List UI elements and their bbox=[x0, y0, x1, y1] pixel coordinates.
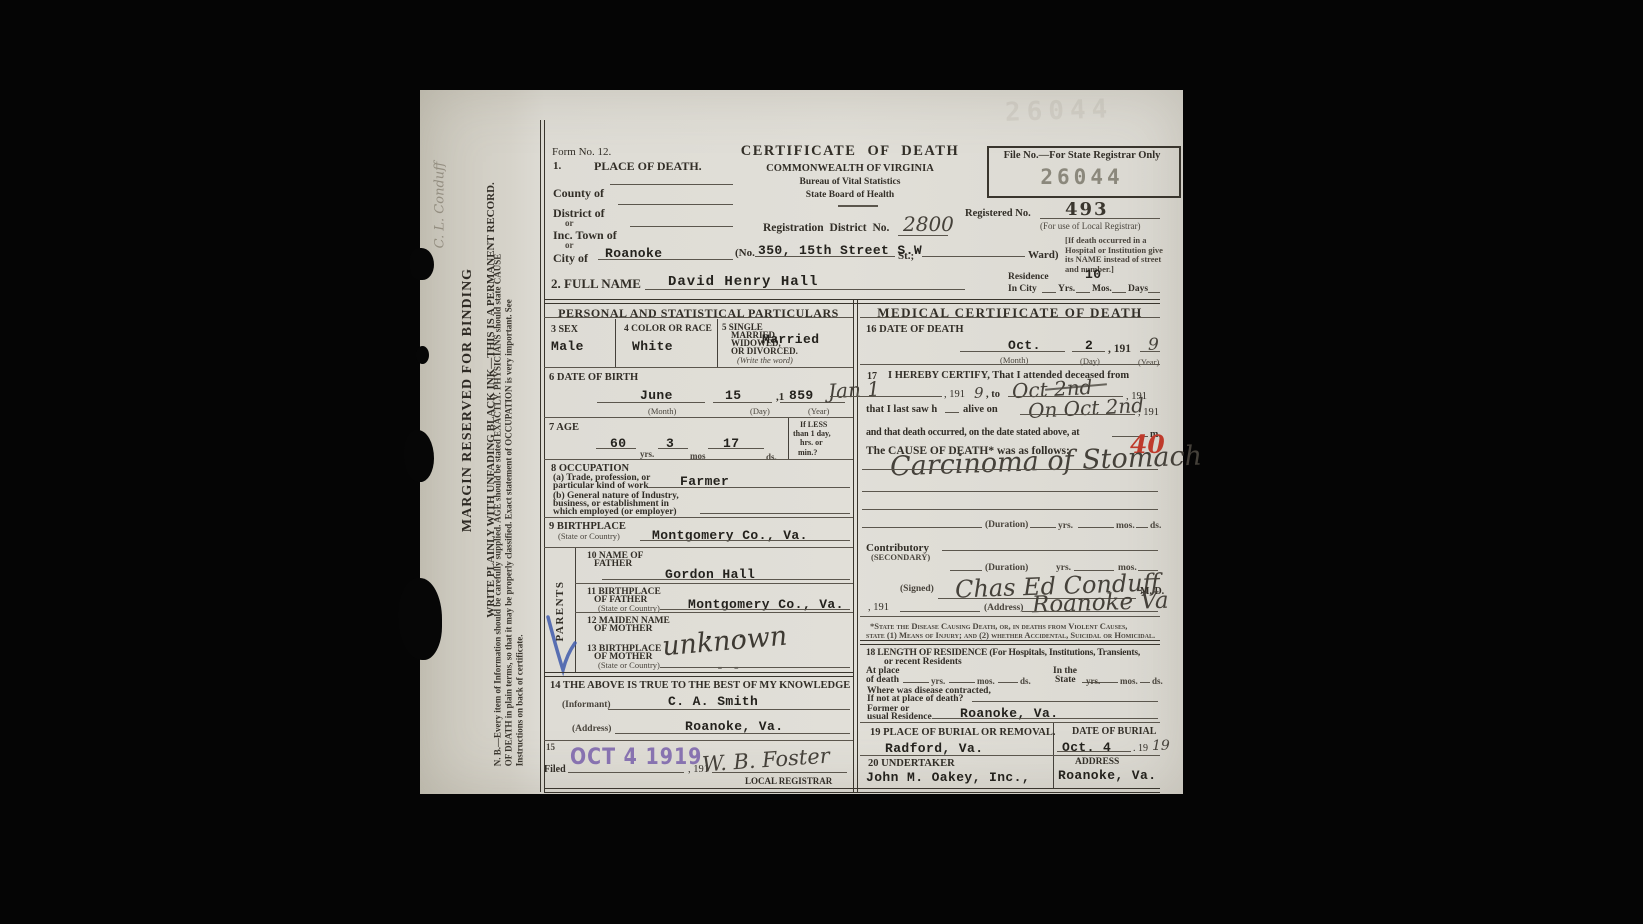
hospital-note: [If death occurred in a Hospital or Inst… bbox=[1065, 236, 1165, 274]
place-of-burial-value: Radford, Va. bbox=[885, 741, 983, 756]
nb-line: Instructions on back of certificate. bbox=[515, 254, 526, 767]
in-the-state-label: State bbox=[1055, 675, 1076, 685]
burial-year-print: . 19 bbox=[1133, 743, 1148, 754]
torn-edge bbox=[416, 346, 429, 364]
last-saw-year-print: , 191 bbox=[1138, 407, 1159, 418]
mos-caption: mos. bbox=[977, 676, 995, 686]
form-left-border bbox=[540, 120, 545, 792]
color-race-label: 4 COLOR OR RACE bbox=[624, 324, 712, 334]
disease-contracted-label: If not at place of death? bbox=[867, 694, 963, 704]
last-saw-text: that I last saw h bbox=[866, 404, 937, 415]
registered-no-label: Registered No. bbox=[965, 208, 1031, 219]
rule bbox=[645, 289, 965, 290]
rule bbox=[1136, 527, 1148, 528]
rule bbox=[575, 583, 853, 584]
margin-binding-text: MARGIN RESERVED FOR BINDING bbox=[460, 268, 476, 532]
occupation-a-label: particular kind of work bbox=[553, 481, 649, 491]
rule bbox=[862, 527, 982, 528]
rule bbox=[898, 235, 948, 236]
undertaker-address-value: Roanoke, Va. bbox=[1058, 768, 1156, 783]
residence-years-value: 10 bbox=[1085, 267, 1101, 282]
year-caption: (Year) bbox=[808, 406, 829, 416]
in-city-label: In City bbox=[1008, 284, 1037, 294]
marital-value: Married bbox=[762, 332, 819, 347]
rule bbox=[860, 616, 1160, 617]
st-label: St.; bbox=[898, 250, 914, 262]
address-caption: (Address) bbox=[984, 603, 1023, 613]
if-less-label: If LESS bbox=[800, 420, 827, 429]
yrs-caption: yrs. bbox=[640, 449, 654, 459]
medical-section-title: MEDICAL CERTIFICATE OF DEATH bbox=[860, 305, 1160, 321]
for-use-caption: (For use of Local Registrar) bbox=[1040, 221, 1140, 231]
rule bbox=[960, 351, 1065, 352]
state-country-caption: (State or Country) bbox=[558, 531, 620, 541]
checkmark-stroke bbox=[548, 617, 575, 670]
rule bbox=[618, 204, 733, 205]
rule bbox=[1104, 682, 1118, 683]
rule bbox=[942, 550, 1158, 551]
rule bbox=[862, 509, 1158, 510]
rule bbox=[1020, 414, 1135, 415]
registration-district-value: 2800 bbox=[903, 212, 954, 236]
ghost-stamp: 26044 bbox=[1005, 94, 1114, 128]
rule bbox=[900, 611, 980, 612]
occupation-b-label: which employed (or employer) bbox=[553, 507, 677, 517]
signed-caption: (Signed) bbox=[900, 584, 934, 594]
yrs-caption: yrs. bbox=[931, 676, 945, 686]
days-label: Days bbox=[1128, 284, 1148, 294]
rule bbox=[544, 672, 853, 677]
from-year-value: 9 bbox=[974, 384, 984, 402]
address-caption: (Address) bbox=[572, 724, 611, 734]
yrs-caption: yrs. bbox=[1058, 521, 1073, 531]
file-no-label: File No.—For State Registrar Only bbox=[989, 150, 1175, 161]
informant-value: C. A. Smith bbox=[668, 694, 758, 709]
torn-edge bbox=[398, 578, 442, 660]
day-caption: (Day) bbox=[750, 406, 770, 416]
ds-caption: ds. bbox=[766, 452, 777, 462]
rule bbox=[1030, 527, 1056, 528]
rule bbox=[544, 417, 853, 418]
date-of-death-label: 16 DATE OF DEATH bbox=[866, 324, 964, 335]
bureau-label: Bureau of Vital Statistics bbox=[740, 177, 960, 187]
rule bbox=[949, 682, 975, 683]
rule bbox=[544, 459, 853, 460]
rule bbox=[658, 448, 688, 449]
margin-pencil-note: C. L. Conduff bbox=[433, 162, 448, 249]
rule bbox=[1022, 611, 1158, 612]
rule bbox=[903, 682, 929, 683]
rule bbox=[1140, 351, 1160, 352]
rule bbox=[596, 448, 636, 449]
ds-caption: ds. bbox=[1150, 521, 1161, 531]
rule bbox=[630, 226, 733, 227]
rule bbox=[838, 205, 878, 207]
rule bbox=[544, 740, 853, 741]
mos-caption: mos. bbox=[1116, 521, 1135, 531]
margin-nb-note: N. B.—Every item of Information should b… bbox=[493, 254, 526, 767]
rule bbox=[544, 547, 853, 548]
or-label: or bbox=[565, 218, 574, 228]
city-label: City of bbox=[553, 251, 588, 266]
mos-caption: mos. bbox=[1120, 676, 1138, 686]
rule bbox=[648, 487, 850, 488]
mother-maiden-label: OF MOTHER bbox=[594, 624, 653, 634]
rule bbox=[700, 513, 850, 514]
rule bbox=[713, 402, 772, 403]
rule bbox=[862, 491, 1158, 492]
no-paren-label: (No. bbox=[735, 247, 755, 259]
rule bbox=[950, 570, 982, 571]
column-divider bbox=[853, 299, 858, 792]
form-number: Form No. 12. bbox=[552, 146, 611, 158]
rule bbox=[575, 612, 853, 613]
rule bbox=[610, 184, 733, 185]
rule bbox=[640, 540, 850, 541]
signed-year-print: , 191 bbox=[868, 602, 889, 613]
full-name-value: David Henry Hall bbox=[668, 274, 818, 290]
torn-edge bbox=[410, 248, 434, 280]
duration-caption: (Duration) bbox=[985, 520, 1028, 530]
year-caption: (Year) bbox=[1138, 357, 1159, 367]
state-country-caption: (State or Country) bbox=[598, 660, 660, 670]
rule bbox=[860, 317, 1160, 318]
registration-district-label: Registration District No. bbox=[763, 222, 889, 234]
rule bbox=[660, 667, 850, 668]
certify-text: I HEREBY CERTIFY, That I attended deceas… bbox=[888, 370, 1129, 381]
duration-caption: (Duration) bbox=[985, 563, 1028, 573]
rule bbox=[1076, 292, 1090, 293]
rule bbox=[712, 772, 847, 773]
rule bbox=[972, 701, 1158, 702]
rule bbox=[660, 609, 850, 610]
rule bbox=[1140, 682, 1150, 683]
former-residence-label: usual Residence bbox=[867, 712, 932, 722]
if-less-label: hrs. or bbox=[800, 438, 823, 447]
at-place-label: of death bbox=[866, 675, 899, 685]
nb-line: N. B.—Every item of Information should b… bbox=[493, 254, 504, 767]
physician-address: Roanoke Va bbox=[1032, 588, 1169, 619]
registered-no-value: 493 bbox=[1065, 199, 1109, 220]
rule bbox=[608, 709, 850, 710]
burial-year-value: 19 bbox=[1152, 738, 1170, 754]
footnote: state (1) Means of Injury; and (2) wheth… bbox=[866, 630, 1155, 640]
informant-address-value: Roanoke, Va. bbox=[685, 719, 783, 734]
month-caption: (Month) bbox=[648, 406, 676, 416]
rule bbox=[544, 517, 853, 518]
rule bbox=[717, 319, 718, 368]
undertaker-label: 20 UNDERTAKER bbox=[868, 758, 955, 769]
rule bbox=[998, 682, 1018, 683]
rule bbox=[615, 733, 850, 734]
rule bbox=[1042, 292, 1056, 293]
rule bbox=[1057, 751, 1131, 752]
father-name-label: FATHER bbox=[594, 559, 632, 569]
if-less-label: min.? bbox=[798, 448, 817, 457]
attended-from-value: Jan 1 bbox=[827, 377, 880, 404]
filed-label: Filed bbox=[544, 764, 566, 775]
death-year-value: 9 bbox=[1148, 335, 1159, 355]
county-label: County of bbox=[553, 186, 604, 201]
yrs-label: Yrs. bbox=[1058, 284, 1075, 294]
commonwealth-label: COMMONWEALTH OF VIRGINIA bbox=[740, 163, 960, 174]
secondary-caption: (SECONDARY) bbox=[871, 552, 930, 562]
rule bbox=[1112, 292, 1126, 293]
rule bbox=[830, 396, 942, 397]
place-of-death-label: PLACE OF DEATH. bbox=[594, 159, 702, 174]
or-label: or bbox=[565, 240, 574, 250]
rule bbox=[544, 367, 853, 368]
rule bbox=[1078, 527, 1114, 528]
undertaker-value: John M. Oakey, Inc., bbox=[866, 770, 1030, 785]
rule bbox=[602, 579, 850, 580]
form-bottom-border bbox=[544, 788, 1160, 793]
attest-label: 14 THE ABOVE IS TRUE TO THE BEST OF MY K… bbox=[550, 680, 850, 691]
rule bbox=[615, 319, 616, 368]
rule bbox=[598, 259, 733, 260]
filed-date-stamp: OCT 4 1919 bbox=[570, 744, 702, 769]
age-label: 7 AGE bbox=[549, 422, 579, 433]
dob-year-value: 859 bbox=[789, 388, 814, 403]
dob-day-value: 15 bbox=[725, 388, 741, 403]
place-of-burial-label: 19 PLACE OF BURIAL OR REMOVAL. bbox=[870, 727, 1056, 738]
full-name-label: 2. FULL NAME bbox=[551, 276, 641, 292]
scanned-death-certificate: 26044 C. L. Conduff MARGIN RESERVED FOR … bbox=[0, 0, 1643, 924]
item-1: 1. bbox=[553, 160, 561, 172]
rule bbox=[788, 418, 789, 460]
item-15: 15 bbox=[546, 742, 555, 752]
rule bbox=[922, 256, 1025, 257]
sex-label: 3 SEX bbox=[551, 324, 578, 335]
rule bbox=[945, 412, 959, 413]
rule bbox=[544, 317, 853, 318]
date-of-burial-label: DATE OF BURIAL bbox=[1072, 726, 1156, 737]
undertaker-address-label: ADDRESS bbox=[1075, 757, 1119, 767]
nb-line: OF DEATH in plain terms, so that it may … bbox=[504, 254, 515, 767]
sex-value: Male bbox=[551, 339, 584, 354]
district-label: District of bbox=[553, 206, 605, 221]
rule bbox=[544, 299, 1160, 304]
rule bbox=[597, 402, 705, 403]
yrs-caption: yrs. bbox=[1086, 676, 1100, 686]
ward-label: Ward) bbox=[1028, 249, 1059, 261]
rule bbox=[755, 256, 895, 257]
informant-caption: (Informant) bbox=[562, 700, 611, 710]
rule bbox=[862, 469, 1158, 470]
alive-on-text: alive on bbox=[963, 404, 998, 415]
file-no-value: 26044 bbox=[989, 165, 1175, 189]
rule bbox=[1148, 292, 1160, 293]
rule bbox=[860, 755, 1160, 756]
rule bbox=[708, 448, 764, 449]
write-the-word-caption: (Write the word) bbox=[737, 355, 793, 365]
certificate-title: CERTIFICATE OF DEATH bbox=[740, 143, 960, 160]
from-year-print: , 191 bbox=[944, 389, 965, 400]
rule bbox=[860, 640, 1160, 645]
rule bbox=[1040, 218, 1160, 219]
mos-label: Mos. bbox=[1092, 284, 1112, 294]
if-less-label: than 1 day, bbox=[793, 429, 831, 438]
death-year-print: , 191 bbox=[1108, 343, 1131, 355]
color-race-value: White bbox=[632, 339, 673, 354]
rule bbox=[1072, 351, 1105, 352]
rule bbox=[860, 364, 1160, 365]
blue-checkmark bbox=[545, 614, 577, 676]
date-of-burial-value: Oct. 4 bbox=[1062, 740, 1111, 755]
personal-section-title: PERSONAL AND STATISTICAL PARTICULARS bbox=[544, 306, 853, 321]
rule bbox=[932, 718, 1158, 719]
dob-month-value: June bbox=[640, 388, 673, 403]
local-registrar-label: LOCAL REGISTRAR bbox=[745, 776, 832, 786]
date-of-birth-label: 6 DATE OF BIRTH bbox=[549, 372, 638, 383]
ds-caption: ds. bbox=[1152, 676, 1163, 686]
ds-caption: ds. bbox=[1020, 676, 1031, 686]
rule bbox=[860, 722, 1160, 723]
board-label: State Board of Health bbox=[740, 190, 960, 200]
death-occurred-text: and that death occurred, on the date sta… bbox=[866, 427, 1079, 438]
inc-town-label: Inc. Town of bbox=[553, 228, 617, 243]
residence-label: Residence bbox=[1008, 272, 1049, 282]
rule bbox=[568, 772, 684, 773]
to-label: , to bbox=[986, 389, 1000, 400]
